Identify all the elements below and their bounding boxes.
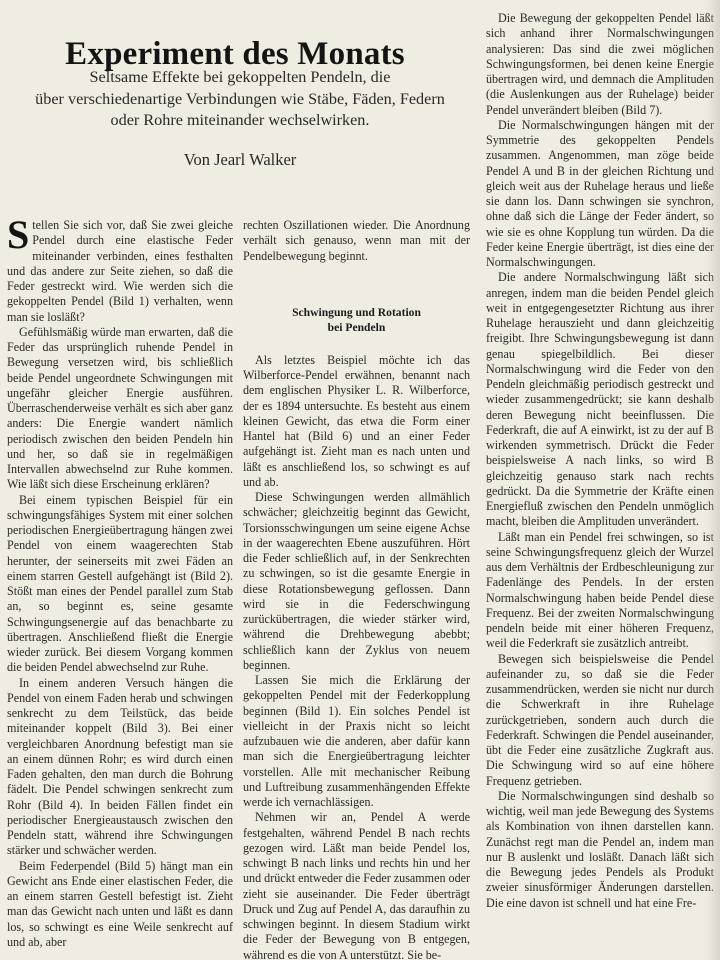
paragraph: Die Bewegung der gekoppelten Pendel läßt… [486, 11, 714, 118]
subheading-line: Schwingung und Rotation [243, 305, 470, 320]
paragraph: Lassen Sie mich die Erklärung der gekopp… [243, 673, 470, 810]
paragraph: Läßt man ein Pendel frei schwingen, so i… [486, 530, 714, 652]
text-column-2: rechten Oszillationen wieder. Die Anordn… [243, 218, 470, 960]
magazine-page: Experiment des Monats Seltsame Effekte b… [0, 0, 720, 960]
author-byline: Von Jearl Walker [0, 150, 480, 170]
subheading-line: bei Pendeln [243, 320, 470, 335]
article-subtitle: Seltsame Effekte bei gekoppelten Pendeln… [0, 67, 480, 132]
paragraph: Beim Federpendel (Bild 5) hängt man ein … [7, 859, 233, 951]
text-column-3: Die Bewegung der gekoppelten Pendel läßt… [486, 11, 714, 911]
paragraph: Bei einem typischen Beispiel für ein sch… [7, 493, 233, 676]
paragraph: Bewegen sich beispielsweise die Pendel a… [486, 652, 714, 789]
paragraph-text: tellen Sie sich vor, daß Sie zwei gleich… [7, 218, 233, 324]
text-column-1: Stellen Sie sich vor, daß Sie zwei gleic… [7, 218, 233, 950]
paragraph: Gefühlsmäßig würde man erwarten, daß die… [7, 325, 233, 493]
paragraph: rechten Oszillationen wieder. Die Anordn… [243, 218, 470, 264]
paragraph: Als letztes Beispiel möchte ich das Wilb… [243, 353, 470, 490]
paragraph: Die andere Normalschwingung läßt sich an… [486, 270, 714, 529]
paragraph: Nehmen wir an, Pendel A werde festgehalt… [243, 810, 470, 960]
subtitle-line: Seltsame Effekte bei gekoppelten Pendeln… [0, 67, 480, 89]
paragraph: Diese Schwingungen werden allmählich sch… [243, 490, 470, 673]
drop-cap: S [7, 220, 29, 250]
subtitle-line: über verschiedenartige Verbindungen wie … [0, 89, 480, 111]
section-subheading: Schwingung und Rotation bei Pendeln [243, 305, 470, 335]
paragraph: Die Normalschwingungen sind deshalb so w… [486, 789, 714, 911]
paragraph: Die Normalschwingungen hängen mit der Sy… [486, 118, 714, 271]
page-edge-shadow [706, 0, 720, 960]
paragraph: Stellen Sie sich vor, daß Sie zwei gleic… [7, 218, 233, 325]
paragraph: In einem anderen Versuch hängen die Pend… [7, 676, 233, 859]
subtitle-line: oder Rohre miteinander wechselwirken. [0, 110, 480, 132]
